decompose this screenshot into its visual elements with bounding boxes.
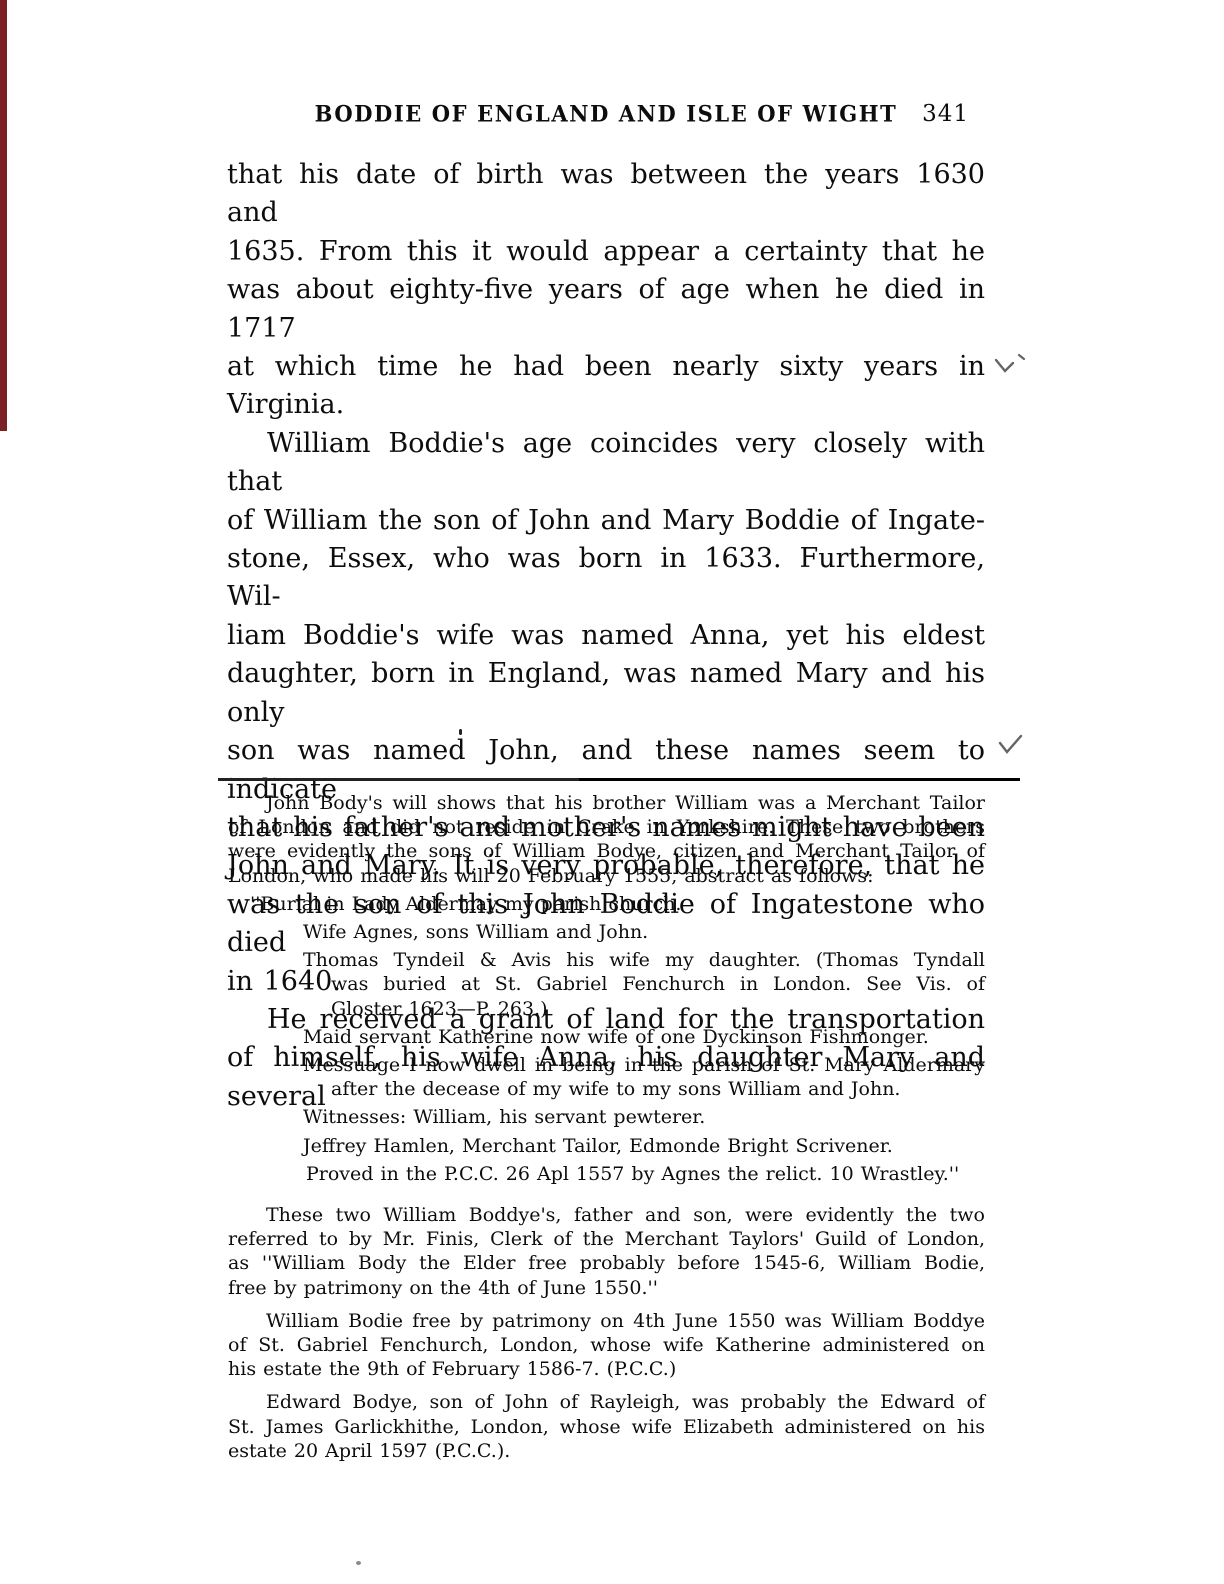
body-text-line: William Boddie's age coincides very clos… (227, 425, 985, 502)
footnote-text-line: were evidently the sons of William Bodye… (228, 839, 985, 863)
footnote-text-line: referred to by Mr. Finis, Clerk of the M… (228, 1227, 985, 1251)
page-header: BODDIE OF ENGLAND AND ISLE OF WIGHT 341 (227, 101, 985, 131)
footnote-text-line: These two William Boddye's, father and s… (228, 1203, 985, 1227)
footnote-text-line: John Body's will shows that his brother … (228, 791, 985, 815)
footnote-block: Wife Agnes, sons William and John. (228, 920, 985, 944)
footnote-text-line: free by patrimony on the 4th of June 155… (228, 1276, 985, 1300)
footnote-text-line: Messuage I now dwell in being in the par… (303, 1053, 985, 1077)
footnote-text-line: Thomas Tyndeil & Avis his wife my daught… (303, 948, 985, 972)
footnote-text-line: of London and did not reside in Crake in… (228, 815, 985, 839)
body-text-line: that his date of birth was between the y… (227, 156, 985, 233)
footnote-text-line: Witnesses: William, his servant pewterer… (303, 1105, 985, 1129)
body-text-line: liam Boddie's wife was named Anna, yet h… (227, 617, 985, 655)
page-number: 341 (922, 101, 969, 127)
footnote-text-line: William Bodie free by patrimony on 4th J… (228, 1309, 985, 1333)
footnote-block: John Body's will shows that his brother … (228, 791, 985, 888)
body-text-line: daughter, born in England, was named Mar… (227, 655, 985, 732)
footnote-text-line: ''Burial in Lady Aldermay my parish chur… (250, 892, 985, 916)
footnote-text-line: London, who made his will 20 February 15… (228, 864, 985, 888)
ink-speck (356, 1561, 361, 1565)
footnote-block: These two William Boddye's, father and s… (228, 1203, 985, 1300)
footnote-block: ''Burial in Lady Aldermay my parish chur… (228, 892, 985, 916)
ink-speck (459, 729, 462, 735)
footnote-block: Witnesses: William, his servant pewterer… (228, 1105, 985, 1129)
footnote-text-line: estate 20 April 1597 (P.C.C.). (228, 1439, 985, 1463)
footnote-text-line: St. James Garlickhithe, London, whose wi… (228, 1415, 985, 1439)
footnote-text-line: Proved in the P.C.C. 26 Apl 1557 by Agne… (306, 1162, 985, 1186)
footnote-divider (218, 778, 1020, 781)
body-text-line: stone, Essex, who was born in 1633. Furt… (227, 540, 985, 617)
footnote-text-line: Maid servant Katherine now wife of one D… (303, 1025, 985, 1049)
pencil-checkmark-icon (992, 351, 1028, 379)
footnote-text-line: Jeffrey Hamlen, Merchant Tailor, Edmonde… (303, 1134, 985, 1158)
footnote-block: Messuage I now dwell in being in the par… (228, 1053, 985, 1101)
body-text-line: of William the son of John and Mary Bodd… (227, 502, 985, 540)
body-text-line: 1635. From this it would appear a certai… (227, 233, 985, 271)
footnote-block: Edward Bodye, son of John of Rayleigh, w… (228, 1390, 985, 1463)
footnote-text-line: Edward Bodye, son of John of Rayleigh, w… (228, 1390, 985, 1414)
footnote-block: William Bodie free by patrimony on 4th J… (228, 1309, 985, 1382)
body-paragraph: that his date of birth was between the y… (227, 156, 985, 425)
footnote-text-line: Gloster 1623—P. 263.) (303, 997, 985, 1021)
footnote-block: Thomas Tyndeil & Avis his wife my daught… (228, 948, 985, 1021)
footnote-text-line: Wife Agnes, sons William and John. (303, 920, 985, 944)
scan-artifact-stripe (0, 0, 7, 431)
footnote-block: Maid servant Katherine now wife of one D… (228, 1025, 985, 1049)
footnote-text-line: of St. Gabriel Fenchurch, London, whose … (228, 1333, 985, 1357)
running-title: BODDIE OF ENGLAND AND ISLE OF WIGHT (227, 100, 985, 126)
footnote-block: Proved in the P.C.C. 26 Apl 1557 by Agne… (228, 1162, 985, 1186)
footnote-text-line: his estate the 9th of February 1586-7. (… (228, 1357, 985, 1381)
body-text-line: was about eighty-five years of age when … (227, 271, 985, 348)
footnote-text-line: was buried at St. Gabriel Fenchurch in L… (303, 972, 985, 996)
pencil-checkmark-icon (997, 733, 1025, 757)
book-page: BODDIE OF ENGLAND AND ISLE OF WIGHT 341 … (0, 0, 1224, 1584)
body-text-line: at which time he had been nearly sixty y… (227, 348, 985, 425)
footnote-section: John Body's will shows that his brother … (228, 791, 985, 1463)
footnote-block: Jeffrey Hamlen, Merchant Tailor, Edmonde… (228, 1134, 985, 1158)
footnote-text-line: as ''William Body the Elder free probabl… (228, 1251, 985, 1275)
footnote-text-line: after the decease of my wife to my sons … (303, 1077, 985, 1101)
